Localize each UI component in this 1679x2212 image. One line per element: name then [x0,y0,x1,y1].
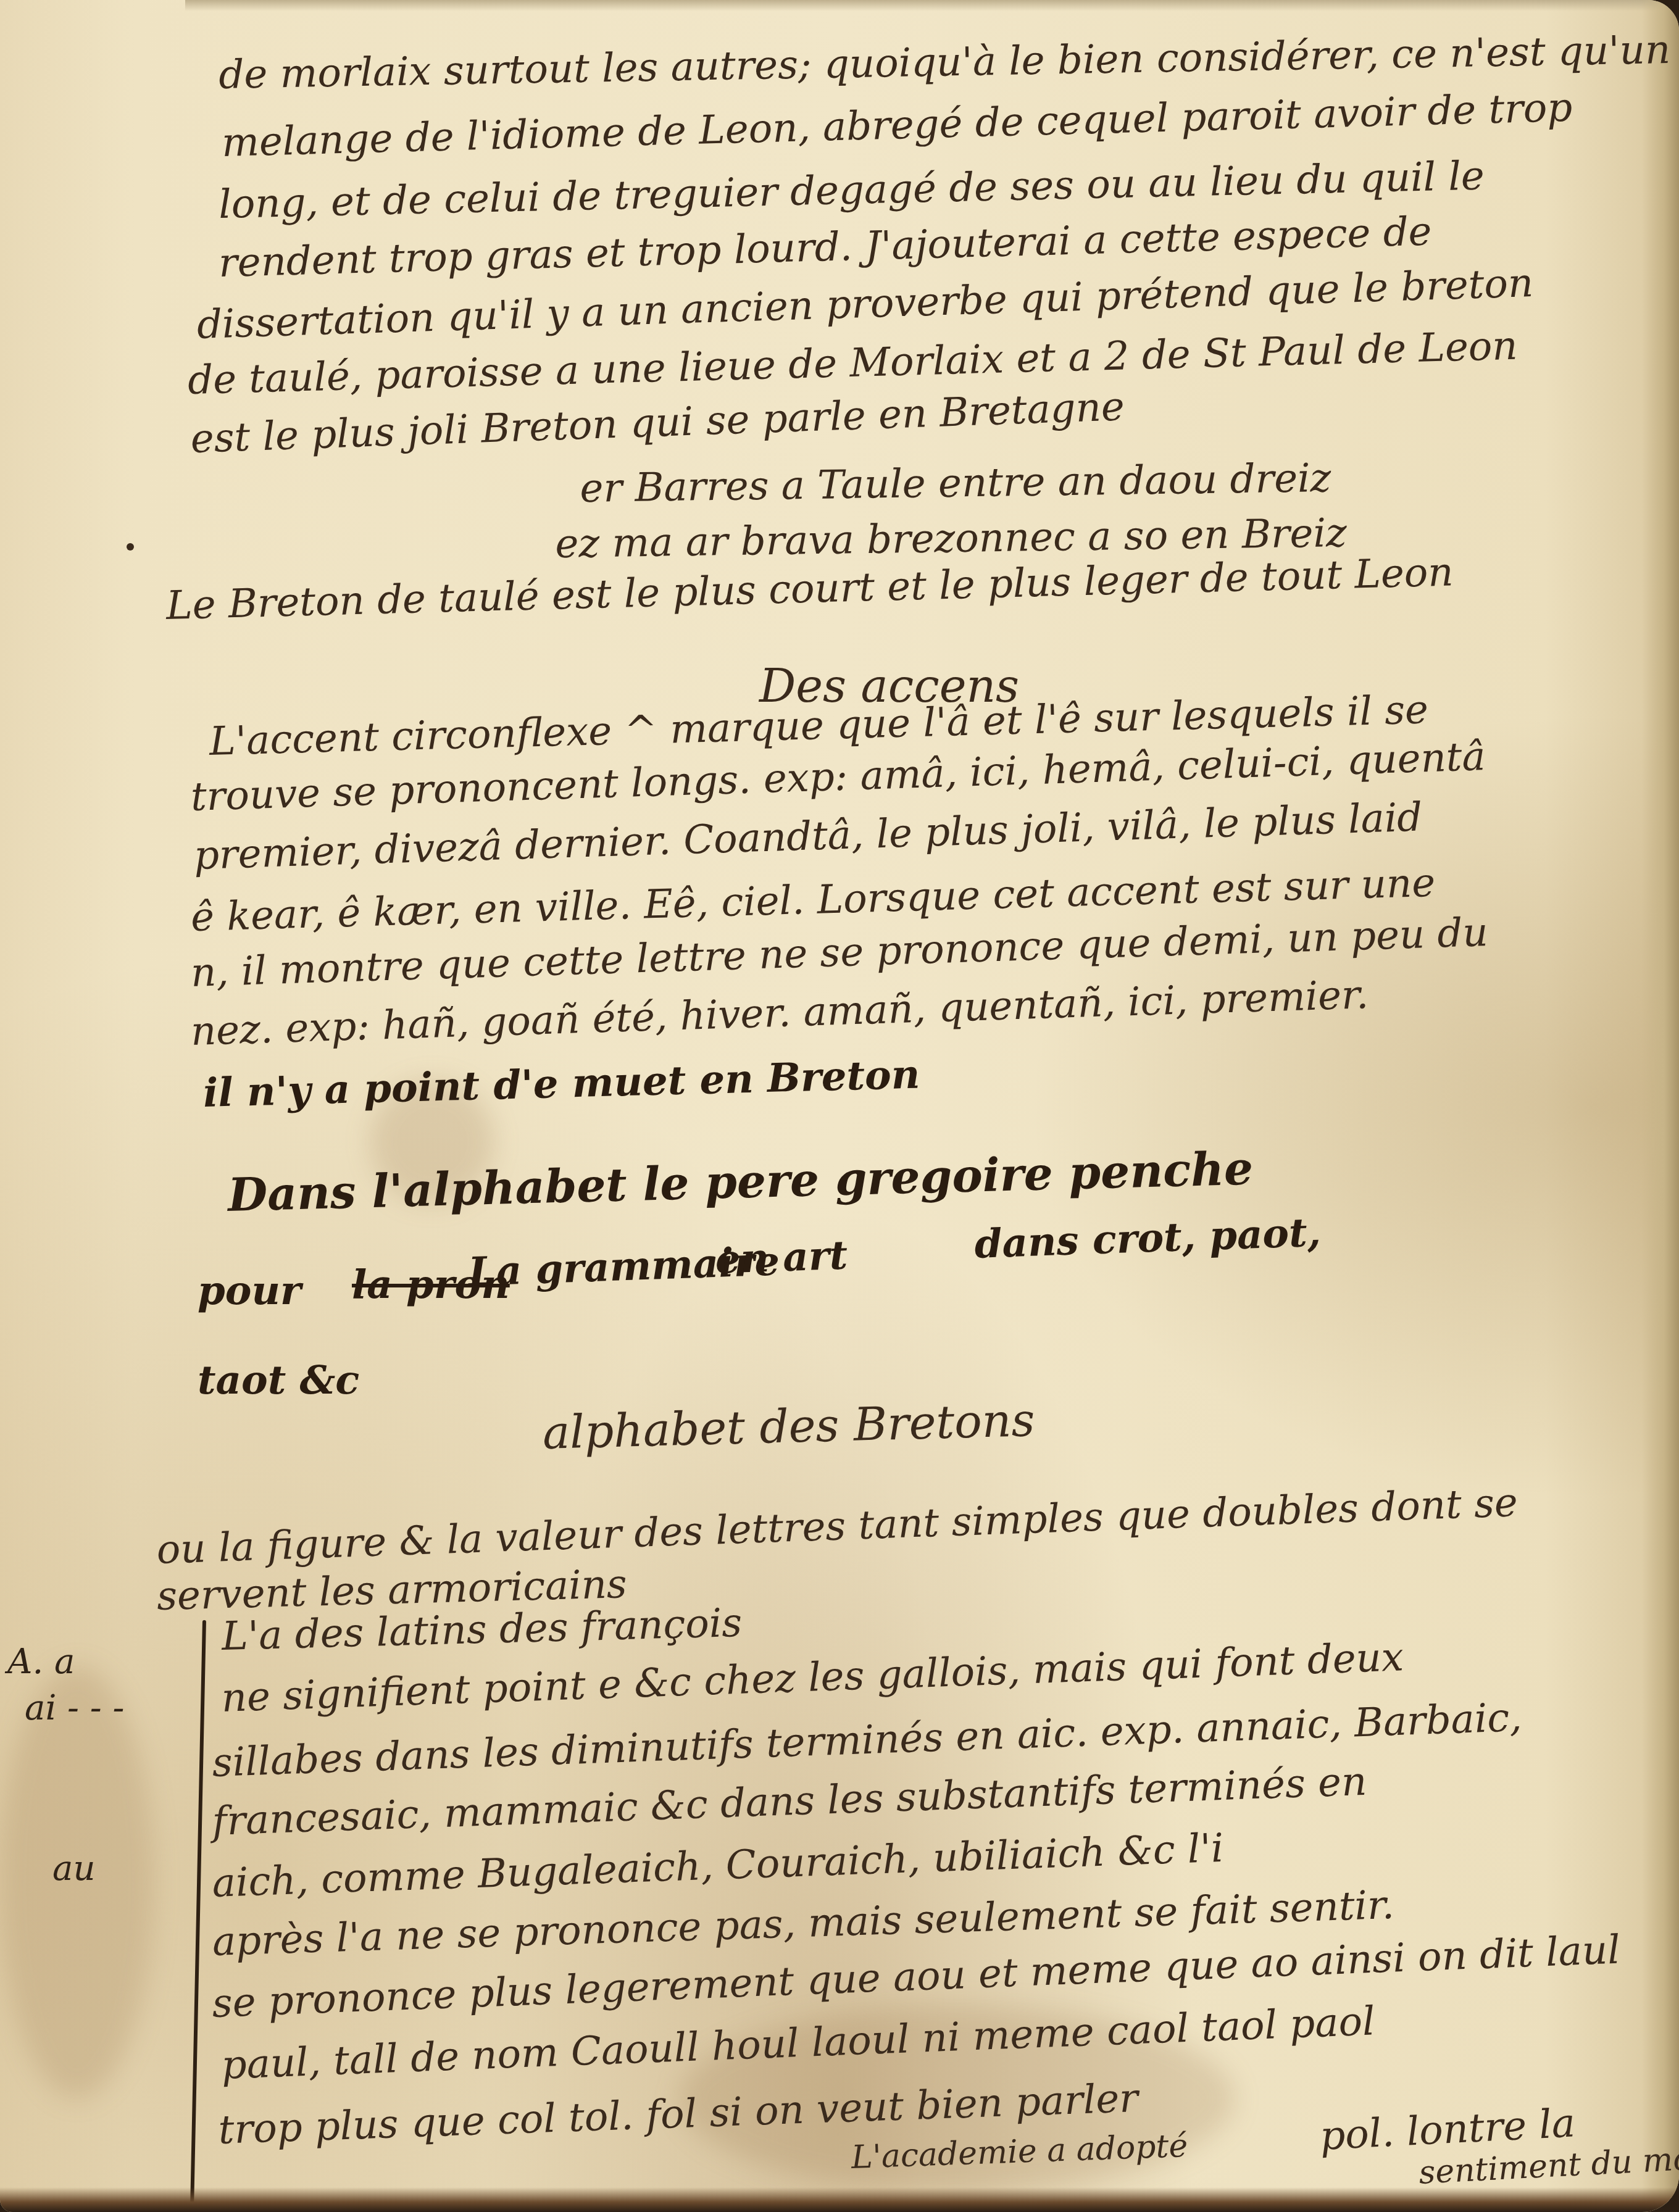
margin-label-a: A. a [7,1645,75,1679]
text-line: il n'y a point d'e muet en Breton [202,1055,920,1113]
text-line: de morlaix surtout les autres; quoiqu'à … [219,30,1671,95]
text-line: en art [715,1236,848,1280]
text-line: L'a des latins des françois [221,1603,743,1657]
breton-proverb-line: er Barres a Taule entre an daou dreiz [580,459,1331,509]
ink-dot [127,543,134,551]
text-line: melange de l'idiome de Leon, abregé de c… [221,88,1573,163]
page-top-edge [185,0,1679,11]
text-line: taot &c [198,1361,359,1400]
text-line: ou la figure & la valeur des lettres tan… [156,1483,1519,1570]
section-heading-alphabet: alphabet des Bretons [542,1397,1035,1456]
text-line: pour [198,1271,301,1311]
margin-brace-rule [190,1620,206,2212]
margin-label-au: au [52,1852,95,1886]
margin-label-ai: ai - - - [25,1691,124,1726]
page-bottom-edge [0,2187,1679,2212]
manuscript-page: de morlaix surtout les autres; quoiqu'à … [0,0,1679,2212]
text-line: dans crot, paot, [974,1213,1322,1265]
page-right-edge [1642,0,1679,2212]
